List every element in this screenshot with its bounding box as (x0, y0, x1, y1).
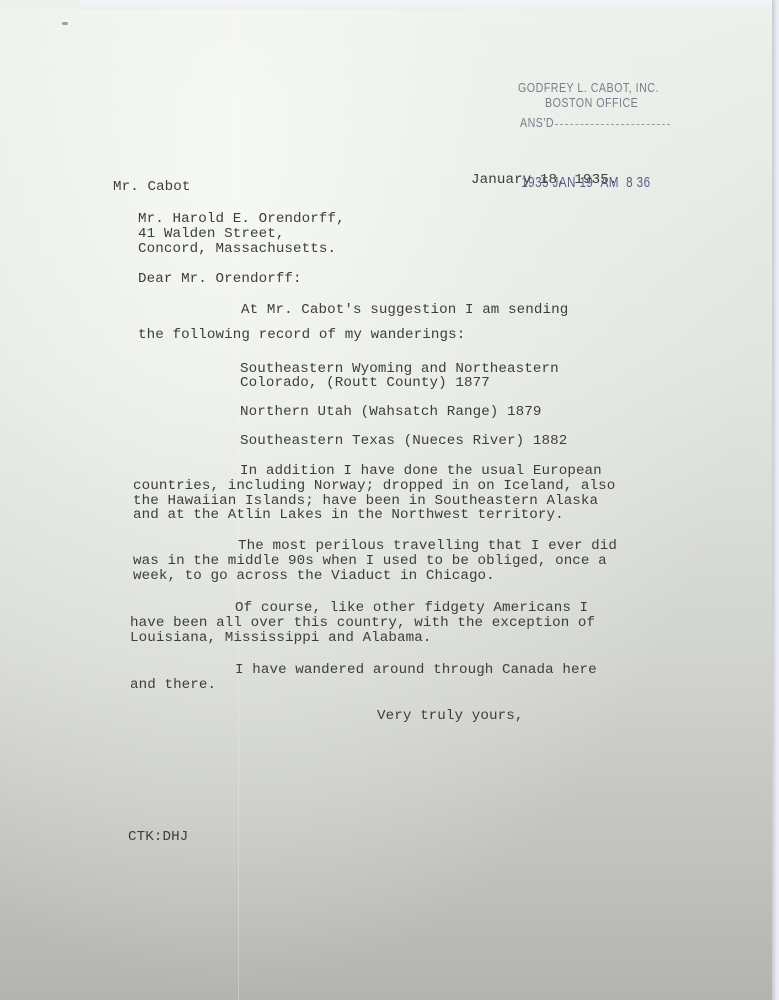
paragraph-1-line-1: In addition I have done the usual Europe… (240, 463, 602, 479)
salutation: Dear Mr. Orendorff: (138, 271, 302, 287)
paragraph-2-line-2: was in the middle 90s when I used to be … (133, 553, 607, 569)
wandering-item-1-line-2: Colorado, (Routt County) 1877 (240, 375, 490, 391)
paragraph-1-line-4: and at the Atlin Lakes in the Northwest … (133, 507, 564, 523)
paragraph-3-line-3: Louisiana, Mississippi and Alabama. (130, 630, 432, 646)
paragraph-3-line-2: have been all over this country, with th… (130, 615, 595, 631)
stamp-answered-line (555, 124, 670, 125)
paper-top-edge (80, 0, 779, 10)
closing: Very truly yours, (377, 708, 523, 724)
stamp-company-name: GODFREY L. CABOT, INC. (518, 80, 659, 95)
paragraph-2-line-1: The most perilous travelling that I ever… (238, 538, 617, 554)
reference-initials: CTK:DHJ (128, 829, 188, 845)
paragraph-4-line-1: I have wandered around through Canada he… (235, 662, 597, 678)
paragraph-1-line-2: countries, including Norway; dropped in … (133, 478, 615, 494)
intro-line-1: At Mr. Cabot's suggestion I am sending (241, 302, 568, 318)
received-stamp-meridiem: AM (601, 174, 619, 191)
paragraph-3-line-1: Of course, like other fidgety Americans … (235, 600, 588, 616)
stamp-answered-label: ANS'D (520, 115, 554, 130)
recipient-city: Concord, Massachusetts. (138, 241, 336, 257)
recipient-name: Mr. Harold E. Orendorff, (138, 211, 345, 227)
received-stamp-month: JAN (553, 174, 576, 191)
paper-right-edge (772, 0, 779, 1000)
received-stamp-time: 8 36 (626, 174, 650, 191)
stamp-office: BOSTON OFFICE (545, 95, 638, 110)
paper-speck (62, 22, 68, 25)
routing-note: Mr. Cabot (113, 179, 191, 195)
received-stamp: 1935 JAN 19 AM 8 36 (514, 157, 650, 191)
intro-line-2: the following record of my wanderings: (138, 327, 465, 343)
wandering-item-3: Southeastern Texas (Nueces River) 1882 (240, 433, 567, 449)
recipient-street: 41 Walden Street, (138, 226, 284, 242)
paragraph-2-line-3: week, to go across the Viaduct in Chicag… (133, 568, 495, 584)
received-stamp-year: 1935 (521, 174, 549, 191)
wandering-item-2: Northern Utah (Wahsatch Range) 1879 (240, 404, 542, 420)
received-stamp-day: 19 (579, 174, 593, 191)
paragraph-4-line-2: and there. (130, 677, 216, 693)
